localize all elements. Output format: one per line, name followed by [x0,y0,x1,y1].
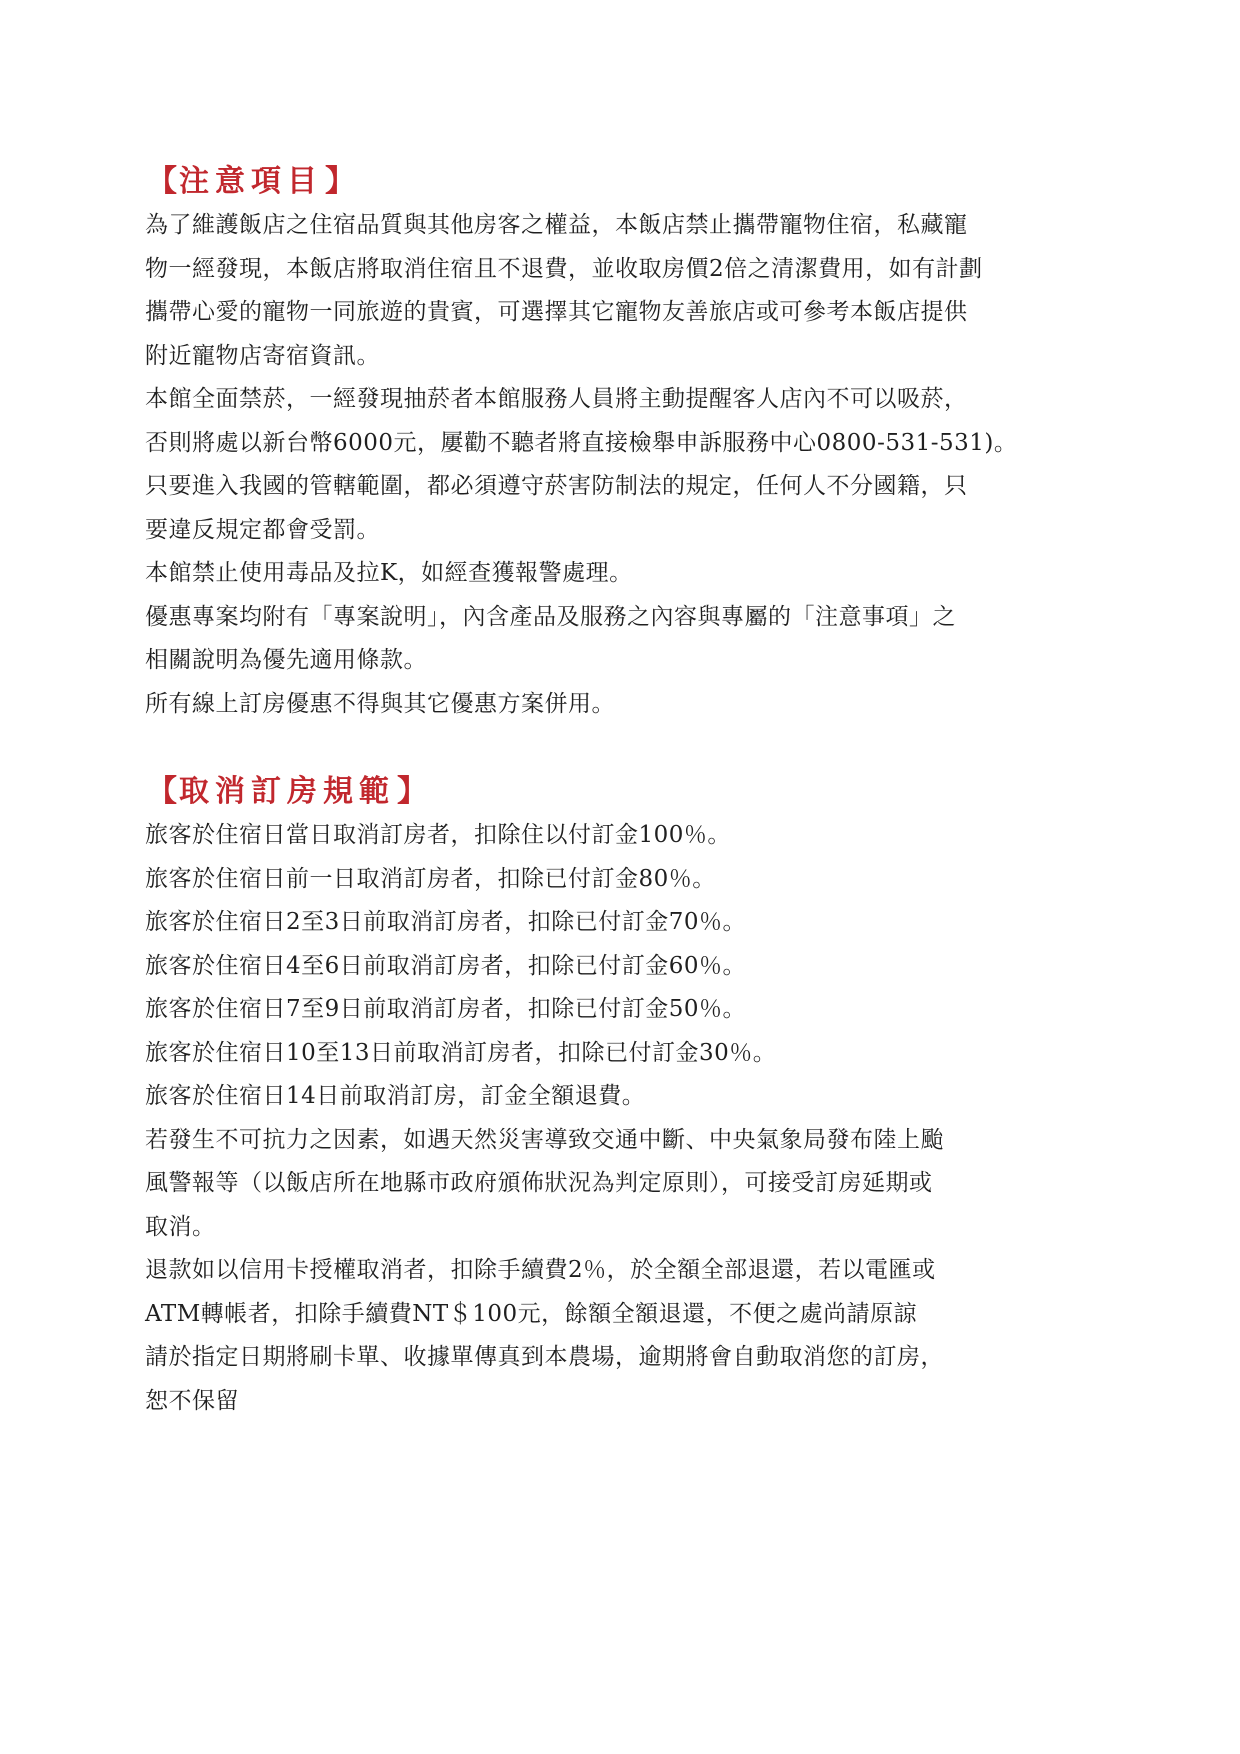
text-line: 本館全面禁菸，一經發現抽菸者本館服務人員將主動提醒客人店內不可以吸菸， [145,378,1065,422]
text-line: 要違反規定都會受罰。 [145,509,1065,553]
section-cancellation-body: 旅客於住宿日當日取消訂房者，扣除住以付訂金100％。 旅客於住宿日前一日取消訂房… [145,814,1065,1423]
text-line: 旅客於住宿日10至13日前取消訂房者，扣除已付訂金30％。 [145,1032,1065,1076]
text-line: 旅客於住宿日前一日取消訂房者，扣除已付訂金80％。 [145,858,1065,902]
text-line: 請於指定日期將刷卡單、收據單傳真到本農場，逾期將會自動取消您的訂房， [145,1336,1065,1380]
text-line: 攜帶心愛的寵物一同旅遊的貴賓，可選擇其它寵物友善旅店或可參考本飯店提供 [145,291,1065,335]
section-notice-body: 為了維護飯店之住宿品質與其他房客之權益，本飯店禁止攜帶寵物住宿，私藏寵 物一經發… [145,204,1065,726]
text-line: 相關說明為優先適用條款。 [145,639,1065,683]
text-line: 旅客於住宿日2至3日前取消訂房者，扣除已付訂金70％。 [145,901,1065,945]
text-line: 風警報等（以飯店所在地縣市政府頒佈狀況為判定原則），可接受訂房延期或 [145,1162,1065,1206]
section-title-notice: 注意項目 [179,164,323,199]
open-bracket: 【 [147,164,177,199]
text-line: 旅客於住宿日當日取消訂房者，扣除住以付訂金100％。 [145,814,1065,858]
section-heading-notice: 【注意項目】 [145,160,1065,204]
close-bracket: 】 [325,164,355,199]
text-line: 恕不保留 [145,1380,1065,1424]
section-title-cancellation: 取消訂房規範 [179,774,395,809]
open-bracket: 【 [147,774,177,809]
text-line: 旅客於住宿日7至9日前取消訂房者，扣除已付訂金50％。 [145,988,1065,1032]
text-line: 優惠專案均附有「專案說明」，內含產品及服務之內容與專屬的「注意事項」之 [145,596,1065,640]
section-heading-cancellation: 【取消訂房規範】 [145,770,1065,814]
text-line: 物一經發現，本飯店將取消住宿且不退費，並收取房價2倍之清潔費用，如有計劃 [145,248,1065,292]
document-content: 【注意項目】 為了維護飯店之住宿品質與其他房客之權益，本飯店禁止攜帶寵物住宿，私… [145,160,1065,1423]
text-line: 否則將處以新台幣6000元，屢勸不聽者將直接檢舉申訴服務中心0800-531-5… [145,422,1065,466]
text-line: 若發生不可抗力之因素，如遇天然災害導致交通中斷、中央氣象局發布陸上颱 [145,1119,1065,1163]
text-line: 旅客於住宿日14日前取消訂房，訂金全額退費。 [145,1075,1065,1119]
text-line: 為了維護飯店之住宿品質與其他房客之權益，本飯店禁止攜帶寵物住宿，私藏寵 [145,204,1065,248]
text-line: 所有線上訂房優惠不得與其它優惠方案併用。 [145,683,1065,727]
text-line: 退款如以信用卡授權取消者，扣除手續費2％，於全額全部退還，若以電匯或 [145,1249,1065,1293]
text-line: 旅客於住宿日4至6日前取消訂房者，扣除已付訂金60％。 [145,945,1065,989]
text-line: 本館禁止使用毒品及拉K，如經查獲報警處理。 [145,552,1065,596]
document-page: 【注意項目】 為了維護飯店之住宿品質與其他房客之權益，本飯店禁止攜帶寵物住宿，私… [0,0,1240,1754]
close-bracket: 】 [397,774,427,809]
text-line: 取消。 [145,1206,1065,1250]
text-line: ATM轉帳者，扣除手續費NT＄100元，餘額全額退還，不便之處尚請原諒 [145,1293,1065,1337]
text-line: 只要進入我國的管轄範圍，都必須遵守菸害防制法的規定，任何人不分國籍，只 [145,465,1065,509]
text-line: 附近寵物店寄宿資訊。 [145,335,1065,379]
